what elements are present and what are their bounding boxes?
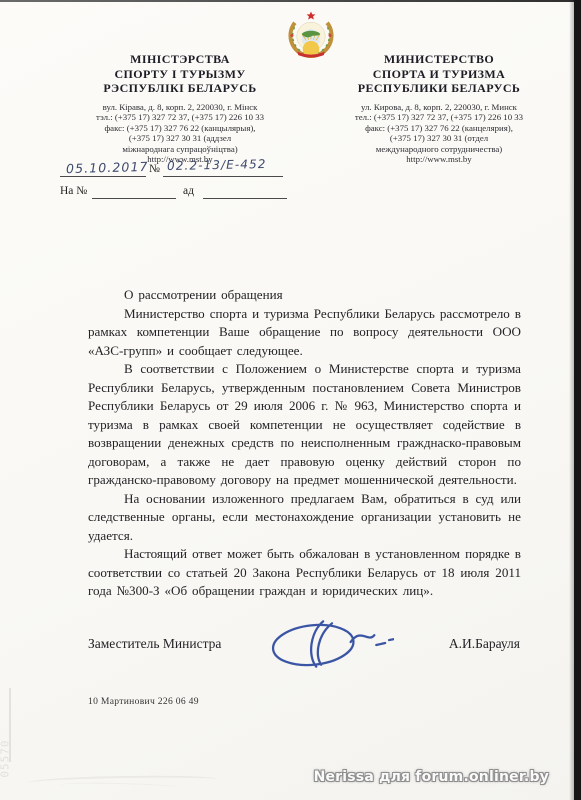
address-by-fax: факс: (+375 17) 327 76 22 (канцылярыя), xyxy=(32,123,328,134)
address-ru-fax: факс: (+375 17) 327 76 22 (канцелярия), xyxy=(330,123,548,134)
ministry-title-by-line1: МІНІСТЭРСТВА xyxy=(32,52,328,67)
body-paragraph-4: Настоящий ответ может быть обжалован в у… xyxy=(88,545,521,601)
signer-position-title: Заместитель Министра xyxy=(88,636,221,652)
address-by-dept: міжнароднага супрацоўніцтва) xyxy=(32,144,328,155)
ministry-title-ru-line1: МИНИСТЕРСТВО xyxy=(330,52,548,67)
body-paragraph-2: В соответствии с Положением о Министерст… xyxy=(88,360,521,490)
ministry-address-ru: ул. Кирова, д. 8, корп. 2, 220030, г. Ми… xyxy=(330,102,548,166)
address-by-street: вул. Кірава, д. 8, корп. 2, 220030, г. М… xyxy=(32,102,328,113)
ministry-title-ru: МИНИСТЕРСТВО СПОРТА И ТУРИЗМА РЕСПУБЛИКИ… xyxy=(330,52,548,96)
letter-subject: О рассмотрении обращения xyxy=(88,286,521,305)
scan-edge-right xyxy=(574,0,581,800)
ministry-title-by: МІНІСТЭРСТВА СПОРТУ І ТУРЫЗМУ РЭСПУБЛІКІ… xyxy=(32,52,328,96)
ministry-title-by-line2: СПОРТУ І ТУРЫЗМУ xyxy=(32,67,328,82)
letter-body: О рассмотрении обращения Министерство сп… xyxy=(88,286,521,601)
website-url-ru: http://www.mst.by xyxy=(330,154,548,165)
ministry-address-by: вул. Кірава, д. 8, корп. 2, 220030, г. М… xyxy=(32,102,328,166)
address-by-fax2: (+375 17) 327 30 31 (аддзел xyxy=(32,133,328,144)
reply-number-underline xyxy=(92,198,176,199)
scan-edge-top xyxy=(0,0,581,2)
ministry-title-by-line3: РЭСПУБЛІКІ БЕЛАРУСЬ xyxy=(32,81,328,96)
scanned-letter-page: МІНІСТЭРСТВА СПОРТУ І ТУРЫЗМУ РЭСПУБЛІКІ… xyxy=(0,0,581,800)
body-paragraph-1: Министерство спорта и туризма Республики… xyxy=(88,305,521,361)
address-ru-dept: международного сотрудничества) xyxy=(330,144,548,155)
ministry-title-ru-line2: СПОРТА И ТУРИЗМА xyxy=(330,67,548,82)
body-paragraph-3: На основании изложенного предлагаем Вам,… xyxy=(88,490,521,546)
number-underline xyxy=(163,176,283,177)
letterhead-belarusian: МІНІСТЭРСТВА СПОРТУ І ТУРЫЗМУ РЭСПУБЛІКІ… xyxy=(32,52,328,165)
handwritten-signature-icon xyxy=(266,615,394,675)
watermark-credit: Nerissa для forum.onliner.by xyxy=(314,769,549,785)
number-sign-label: № xyxy=(149,163,160,175)
scan-artifact-number: 05570 xyxy=(0,739,12,777)
date-underline xyxy=(60,176,146,177)
handwritten-outgoing-number: 02.2-13/Е-452 xyxy=(167,157,267,173)
reply-from-label: ад xyxy=(183,185,194,197)
address-ru-street: ул. Кирова, д. 8, корп. 2, 220030, г. Ми… xyxy=(330,102,548,113)
address-ru-fax2: (+375 17) 327 30 31 (отдел xyxy=(330,133,548,144)
handwritten-date: 05.10.2017 xyxy=(66,159,149,176)
reply-date-underline xyxy=(203,198,287,199)
address-ru-phone: тел.: (+375 17) 327 72 37, (+375 17) 226… xyxy=(330,112,548,123)
ministry-title-ru-line3: РЕСПУБЛИКИ БЕЛАРУСЬ xyxy=(330,81,548,96)
address-by-phone: тэл.: (+375 17) 327 72 37, (+375 17) 226… xyxy=(32,112,328,123)
executor-note: 10 Мартинович 226 06 49 xyxy=(88,696,199,707)
reply-to-label: На № xyxy=(60,185,87,197)
letterhead-russian: МИНИСТЕРСТВО СПОРТА И ТУРИЗМА РЕСПУБЛИКИ… xyxy=(330,52,548,165)
signer-name: А.И.Барауля xyxy=(449,636,520,652)
